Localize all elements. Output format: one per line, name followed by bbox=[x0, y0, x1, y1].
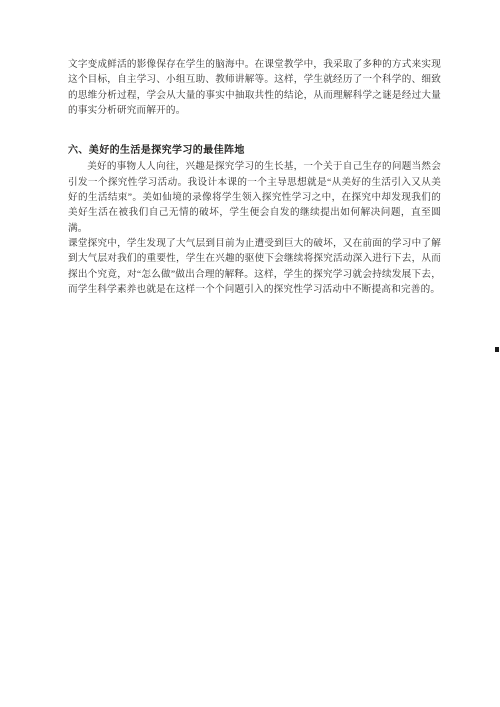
scan-speck-mark bbox=[495, 347, 499, 352]
paragraph: 课堂探究中，学生发现了大气层到目前为止遭受到巨大的破坏，又在前面的学习中了解到大… bbox=[68, 236, 441, 297]
paragraph-continuation: 文字变成鲜活的影像保存在学生的脑海中。在课堂教学中，我采取了多种的方式来实现这个… bbox=[68, 57, 441, 118]
document-page: 文字变成鲜活的影像保存在学生的脑海中。在课堂教学中，我采取了多种的方式来实现这个… bbox=[0, 0, 500, 707]
paragraph: 美好的事物人人向往，兴趣是探究学习的生长基，一个关于自己生存的问题当然会引发一个… bbox=[68, 159, 441, 235]
document-body: 文字变成鲜活的影像保存在学生的脑海中。在课堂教学中，我采取了多种的方式来实现这个… bbox=[68, 57, 441, 297]
section-heading: 六、美好的生活是探究学习的最佳阵地 bbox=[68, 143, 441, 158]
